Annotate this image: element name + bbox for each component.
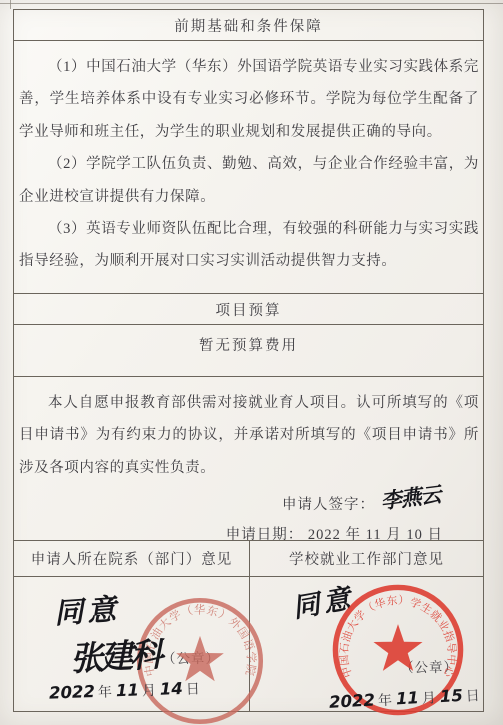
year-label: 年 xyxy=(378,694,394,710)
scanned-application-form: 前期基础和条件保障 （1）中国石油大学（华东）外国语学院英语专业实习实践体系完善… xyxy=(0,0,503,725)
applicant-signature-line: 申请人签字：李燕云 xyxy=(19,487,443,520)
year-label: 年 xyxy=(98,685,114,701)
department-date-year-handwriting: 2022 xyxy=(49,682,96,703)
department-opinion-date: 2022年11月14日 xyxy=(46,678,201,703)
department-date-month-handwriting: 11 xyxy=(116,680,140,700)
school-opinion-header: 学校就业工作部门意见 xyxy=(289,548,444,569)
department-approval-handwriting: 同意 xyxy=(53,587,122,633)
foundation-paragraph-3: （3）英语专业师资队伍配比合理，有较强的科研能力与实习实践指导经验，为顺利开展对… xyxy=(19,213,479,278)
page-edge-line xyxy=(0,3,503,4)
budget-section-body: 暂无预算费用 xyxy=(14,325,483,377)
foundation-section-header: 前期基础和条件保障 xyxy=(14,10,483,41)
school-date-month-handwriting: 11 xyxy=(395,688,419,708)
budget-section-header: 项目预算 xyxy=(14,294,483,325)
applicant-signature-label: 申请人签字： xyxy=(282,497,375,513)
day-label: 日 xyxy=(186,682,202,698)
month-label: 月 xyxy=(422,691,438,707)
school-opinion-cell: 同意 （公章） 中国石油大学（华东）学生就业指导中心 2022年11月15日 xyxy=(250,577,483,711)
foundation-paragraph-1: （1）中国石油大学（华东）外国语学院英语专业实习实践体系完善，学生培养体系中设有… xyxy=(19,51,479,148)
day-label: 日 xyxy=(465,689,481,705)
opinion-header-row: 申请人所在院系（部门）意见 学校就业工作部门意见 xyxy=(14,541,483,577)
opinion-body-row: 同意 张建科 （公章） 中国石油大学（华东）外国语学院 2022年11月14日 xyxy=(14,577,483,711)
department-date-day-handwriting: 14 xyxy=(160,679,184,699)
declaration-section: 本人自愿申报教育部供需对接就业育人项目。认可所填写的《项目申请书》为有约束力的协… xyxy=(14,377,483,541)
foundation-section-body: （1）中国石油大学（华东）外国语学院英语专业实习实践体系完善，学生培养体系中设有… xyxy=(14,41,483,294)
budget-section-title: 项目预算 xyxy=(216,299,282,320)
page-edge-stub xyxy=(10,0,11,9)
month-label: 月 xyxy=(142,684,158,700)
department-seal-note: （公章） xyxy=(162,647,220,667)
budget-content: 暂无预算费用 xyxy=(199,338,298,354)
department-opinion-cell: 同意 张建科 （公章） 中国石油大学（华东）外国语学院 2022年11月14日 xyxy=(14,577,250,711)
declaration-text: 本人自愿申报教育部供需对接就业育人项目。认可所填写的《项目申请书》为有约束力的协… xyxy=(19,387,479,484)
department-opinion-header-cell: 申请人所在院系（部门）意见 xyxy=(14,541,250,576)
school-date-day-handwriting: 15 xyxy=(439,686,463,706)
school-date-year-handwriting: 2022 xyxy=(329,691,376,712)
applicant-signature-handwriting: 李燕云 xyxy=(379,480,442,517)
department-signature-handwriting: 张建科 xyxy=(69,629,161,681)
department-opinion-header: 申请人所在院系（部门）意见 xyxy=(31,548,233,569)
school-opinion-date: 2022年11月15日 xyxy=(326,685,482,713)
foundation-section-title: 前期基础和条件保障 xyxy=(174,15,323,36)
school-seal-note: （公章） xyxy=(400,656,458,676)
school-approval-handwriting: 同意 xyxy=(289,576,357,625)
school-opinion-header-cell: 学校就业工作部门意见 xyxy=(250,541,483,576)
foundation-paragraph-2: （2）学院学工队伍负责、勤勉、高效，与企业合作经验丰富，为企业进校宣讲提供有力保… xyxy=(19,148,479,213)
form-table: 前期基础和条件保障 （1）中国石油大学（华东）外国语学院英语专业实习实践体系完善… xyxy=(13,9,484,712)
